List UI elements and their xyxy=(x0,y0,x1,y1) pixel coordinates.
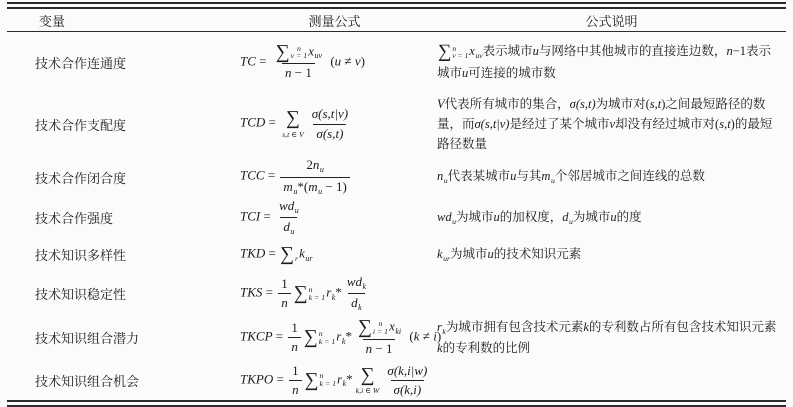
lower-limit: k,i ∈ W xyxy=(356,387,380,395)
denominator: du xyxy=(280,217,297,237)
summation-limits: ni = 1 xyxy=(373,320,388,336)
numerator: 2nu xyxy=(303,157,327,176)
numerator: wdu xyxy=(276,198,302,217)
fraction: ∑nv = 1xuvn − 1 xyxy=(272,43,325,82)
math-text: * xyxy=(345,329,352,344)
math-text: 的专利数占所有包含技术知识元素 xyxy=(589,320,777,334)
math-text: 1 xyxy=(292,363,299,378)
math-text: wd xyxy=(437,210,452,224)
math-text: k xyxy=(437,247,443,261)
math-text: 与网络中其他城市的直接连边数， xyxy=(539,44,727,58)
math-text: d xyxy=(283,219,290,234)
fraction: 1n xyxy=(288,320,301,356)
table-row: 技术知识多样性 TKD = ∑ rkur kur为城市u的技术知识元素 xyxy=(7,237,786,272)
numerator: 1 xyxy=(278,276,291,293)
table-row: 技术合作强度 TCI = wdudu wdu为城市u的加权度，du为城市u的度 xyxy=(7,198,786,237)
math-text: 的技术知识元素 xyxy=(494,247,582,261)
numerator: ∑nv = 1xuv xyxy=(272,43,325,64)
sigma-glyph: ∑ xyxy=(361,366,375,386)
math-text: TC xyxy=(240,53,256,68)
summation: ∑nv = 1 xyxy=(276,43,307,63)
fraction: wdudu xyxy=(276,198,302,237)
math-text: − 1 xyxy=(372,341,392,356)
math-text: m xyxy=(541,169,550,183)
math-text: σ(k,i) xyxy=(394,382,422,397)
lower-limit: s,t ∈ V xyxy=(282,131,304,139)
denominator: n xyxy=(288,337,301,355)
header-explanation: 公式说明 xyxy=(437,11,786,30)
table-row: 技术合作支配度 TCD = ∑s,t ∈ Vσ(s,t|v)σ(s,t) V代表… xyxy=(7,92,786,156)
math-text: k xyxy=(363,282,367,291)
math-text: 个邻居城市之间连线的总数 xyxy=(555,169,705,183)
measurement-formula: TKCP = 1n∑nk = 1rk*∑ni = 1xkin − 1 (k ≠ … xyxy=(232,318,437,357)
sigma-glyph: ∑ xyxy=(358,318,372,338)
math-text: = xyxy=(265,246,279,261)
math-text: uv xyxy=(475,51,482,60)
variable-name: 技术合作支配度 xyxy=(7,115,232,134)
denominator: n xyxy=(289,380,302,398)
numerator: σ(s,t|v) xyxy=(309,106,351,123)
sigma-glyph: ∑ xyxy=(276,43,290,63)
math-text: k xyxy=(358,303,362,312)
lower-limit: k = 1 xyxy=(309,294,326,302)
math-text: = xyxy=(260,209,274,224)
math-text: r xyxy=(336,329,341,344)
sigma-glyph: ∑ xyxy=(438,43,451,62)
table-row: 技术知识组合潜力 TKCP = 1n∑nk = 1rk*∑ni = 1xkin … xyxy=(7,315,786,360)
fraction: σ(k,i|w)σ(k,i) xyxy=(384,363,430,399)
math-text: ( xyxy=(327,53,335,68)
sigma-glyph: ∑ xyxy=(304,328,318,348)
denominator: mu*(mu − 1) xyxy=(280,177,349,197)
math-text: u xyxy=(320,165,324,174)
summation: ∑nk = 1 xyxy=(304,328,335,348)
math-text: − 1) xyxy=(322,179,347,194)
math-text: 表示城市 xyxy=(483,44,533,58)
table-bottom-rule xyxy=(7,400,786,407)
math-text: x xyxy=(389,319,395,334)
math-text: n xyxy=(313,157,320,172)
math-text: u xyxy=(290,227,294,236)
math-text: TCD xyxy=(240,115,265,130)
summation: ∑nv = 1 xyxy=(438,43,468,62)
formula-explanation: ∑nv = 1xuv表示城市u与网络中其他城市的直接连边数，n−1表示城市u可连… xyxy=(437,41,786,83)
measurement-formula: TKPO = 1n∑nk = 1rk*∑k,i ∈ Wσ(k,i|w)σ(k,i… xyxy=(232,363,437,399)
numerator: σ(k,i|w) xyxy=(384,363,430,380)
measurement-formula: TCC = 2numu*(mu − 1) xyxy=(232,157,437,196)
table-body: 技术合作连通度 TC = ∑nv = 1xuvn − 1 (u ≠ v) ∑nv… xyxy=(7,32,786,400)
math-text: * xyxy=(346,371,353,386)
math-text: wd xyxy=(279,198,294,213)
math-text: uv xyxy=(314,51,322,60)
table-row: 技术合作连通度 TC = ∑nv = 1xuvn − 1 (u ≠ v) ∑nv… xyxy=(7,32,786,92)
formula-explanation: V代表所有城市的集合，σ(s,t)为城市对(s,t)之间最短路径的数量，而σ(s… xyxy=(437,94,786,155)
summation: ∑nk = 1 xyxy=(294,284,325,304)
math-text: k xyxy=(299,246,305,261)
math-text: σ(s,t|v) xyxy=(475,117,510,131)
math-text: x xyxy=(469,44,475,58)
math-text: = xyxy=(262,285,276,300)
math-text: 可连接的城市数 xyxy=(468,66,556,80)
table-header-row: 变量 测量公式 公式说明 xyxy=(7,9,786,31)
formula-explanation: kur为城市u的技术知识元素 xyxy=(437,244,786,265)
math-text: n xyxy=(291,339,298,354)
math-text: TKS xyxy=(240,285,262,300)
math-text: 1 xyxy=(291,320,298,335)
formula-explanation: rk为城市拥有包含技术元素k的专利数占所有包含技术知识元素k的专利数的比例 xyxy=(437,317,786,359)
math-text: TKD xyxy=(240,246,265,261)
math-text: TCI xyxy=(240,209,260,224)
lower-limit: k = 1 xyxy=(319,380,336,388)
math-text: 的专利数的比例 xyxy=(443,341,531,355)
variable-name: 技术知识组合机会 xyxy=(7,371,232,390)
math-text: = xyxy=(256,53,270,68)
math-text: ur xyxy=(443,254,450,263)
variable-name: 技术知识稳定性 xyxy=(7,284,232,303)
math-text: *( xyxy=(297,179,308,194)
math-text: 却没有经过城市对( xyxy=(615,117,719,131)
summation-limits: nk = 1 xyxy=(319,330,336,346)
denominator: σ(k,i) xyxy=(391,380,425,398)
math-text: TCC xyxy=(240,168,265,183)
math-text: s,t xyxy=(650,97,661,111)
math-text: r xyxy=(326,285,331,300)
header-formula: 测量公式 xyxy=(232,11,437,30)
summation-limits: nk = 1 xyxy=(309,286,326,302)
denominator: n − 1 xyxy=(282,63,315,81)
math-text: ) xyxy=(361,53,365,68)
math-text: d xyxy=(351,295,358,310)
denominator: σ(s,t) xyxy=(313,124,346,142)
table-top-rule xyxy=(7,2,786,9)
table-row: 技术知识稳定性 TKS = 1n∑nk = 1rk*wdkdk xyxy=(7,272,786,315)
summation-limits: nk = 1 xyxy=(319,372,336,388)
math-text: 为城市 xyxy=(456,210,494,224)
math-text: d xyxy=(562,210,568,224)
numerator: 1 xyxy=(288,320,301,337)
math-text: n xyxy=(281,295,288,310)
numerator: ∑ni = 1xki xyxy=(354,318,404,339)
summation-limits: r xyxy=(295,247,298,263)
measurement-formula: TKS = 1n∑nk = 1rk*wdkdk xyxy=(232,274,437,313)
summation: ∑s,t ∈ V xyxy=(282,109,304,138)
fraction: 1n xyxy=(289,363,302,399)
sigma-glyph: ∑ xyxy=(294,284,308,304)
summation: ∑nk = 1 xyxy=(305,371,336,391)
summation: ∑ni = 1 xyxy=(358,318,388,338)
fraction: ∑ni = 1xkin − 1 xyxy=(354,318,404,357)
sigma-glyph: ∑ xyxy=(305,371,319,391)
math-text: m xyxy=(283,179,292,194)
math-text: n xyxy=(437,169,443,183)
math-text: σ(s,t) xyxy=(316,126,343,141)
lower-limit: v = 1 xyxy=(291,52,308,60)
math-text: 的度 xyxy=(617,210,642,224)
variable-name: 技术合作强度 xyxy=(7,208,232,227)
math-text: r xyxy=(337,371,342,386)
math-text: 为城市拥有包含技术元素 xyxy=(446,320,584,334)
math-text: σ(s,t|v) xyxy=(312,106,348,121)
sigma-glyph: ∑ xyxy=(286,109,300,129)
math-text: wd xyxy=(347,274,362,289)
summation: ∑ r xyxy=(280,245,298,265)
summation: ∑k,i ∈ W xyxy=(356,366,380,395)
variable-name: 技术合作闭合度 xyxy=(7,168,232,187)
math-text: ur xyxy=(305,254,312,263)
summation-limits: nv = 1 xyxy=(291,45,308,61)
math-text: * xyxy=(335,285,342,300)
variable-name: 技术合作连通度 xyxy=(7,53,232,72)
math-text: ≠ xyxy=(420,329,434,344)
math-text: u xyxy=(295,206,299,215)
math-text: = xyxy=(265,168,279,183)
fraction: σ(s,t|v)σ(s,t) xyxy=(309,106,351,142)
math-text: ( xyxy=(406,329,414,344)
math-text: 是经过了某个城市 xyxy=(509,117,609,131)
lower-limit: i = 1 xyxy=(373,328,388,336)
lower-limit: k = 1 xyxy=(319,338,336,346)
measurement-formula: TCD = ∑s,t ∈ Vσ(s,t|v)σ(s,t) xyxy=(232,106,437,142)
summation-limits: nv = 1 xyxy=(452,45,468,60)
fraction: 2numu*(mu − 1) xyxy=(280,157,349,196)
header-variable: 变量 xyxy=(7,11,232,30)
formula-explanation: wdu为城市u的加权度，du为城市u的度 xyxy=(437,207,786,228)
variable-name: 技术知识多样性 xyxy=(7,245,232,264)
math-text: σ(s,t) xyxy=(570,97,596,111)
math-text: − 1 xyxy=(291,65,311,80)
denominator: n xyxy=(278,293,291,311)
math-text: 代表某城市 xyxy=(448,169,511,183)
fraction: wdkdk xyxy=(344,274,369,313)
math-text: TKPO xyxy=(240,371,273,386)
table-row: 技术知识组合机会 TKPO = 1n∑nk = 1rk*∑k,i ∈ Wσ(k,… xyxy=(7,360,786,400)
sigma-glyph: ∑ xyxy=(280,245,294,265)
measurement-formula: TCI = wdudu xyxy=(232,198,437,237)
math-text: σ(k,i|w) xyxy=(387,363,427,378)
math-text: ki xyxy=(395,327,401,336)
math-text: 与其 xyxy=(516,169,541,183)
math-text: 为城市 xyxy=(573,210,611,224)
math-text: 的加权度， xyxy=(500,210,563,224)
variables-table: 变量 测量公式 公式说明 技术合作连通度 TC = ∑nv = 1xuvn − … xyxy=(0,0,793,407)
table-row: 技术合作闭合度 TCC = 2numu*(mu − 1) nu代表某城市u与其m… xyxy=(7,156,786,198)
math-text: n xyxy=(292,382,299,397)
fraction: 1n xyxy=(278,276,291,312)
math-text: V xyxy=(437,97,445,111)
math-text: s,t xyxy=(719,117,730,131)
numerator: 1 xyxy=(289,363,302,380)
math-text: = xyxy=(273,371,287,386)
math-text: 代表所有城市的集合， xyxy=(445,97,570,111)
math-text: 为城市对( xyxy=(596,97,650,111)
math-text: ≠ xyxy=(341,53,355,68)
variable-name: 技术知识组合潜力 xyxy=(7,328,232,347)
math-text: m xyxy=(308,179,317,194)
paper-page: { "table": { "headers": ["变量", "测量公式", "… xyxy=(0,0,793,407)
denominator: dk xyxy=(348,293,365,313)
math-text: = xyxy=(265,115,279,130)
math-text: = xyxy=(273,329,287,344)
measurement-formula: TC = ∑nv = 1xuvn − 1 (u ≠ v) xyxy=(232,43,437,82)
math-text: 1 xyxy=(281,276,288,291)
measurement-formula: TKD = ∑ rkur xyxy=(232,245,437,265)
numerator: wdk xyxy=(344,274,369,293)
formula-explanation: nu代表某城市u与其mu个邻居城市之间连线的总数 xyxy=(437,166,786,187)
math-text: TKCP xyxy=(240,329,273,344)
lower-limit: v = 1 xyxy=(452,52,468,60)
math-text: 为城市 xyxy=(450,247,488,261)
lower-limit: r xyxy=(295,255,298,263)
denominator: n − 1 xyxy=(363,339,396,357)
